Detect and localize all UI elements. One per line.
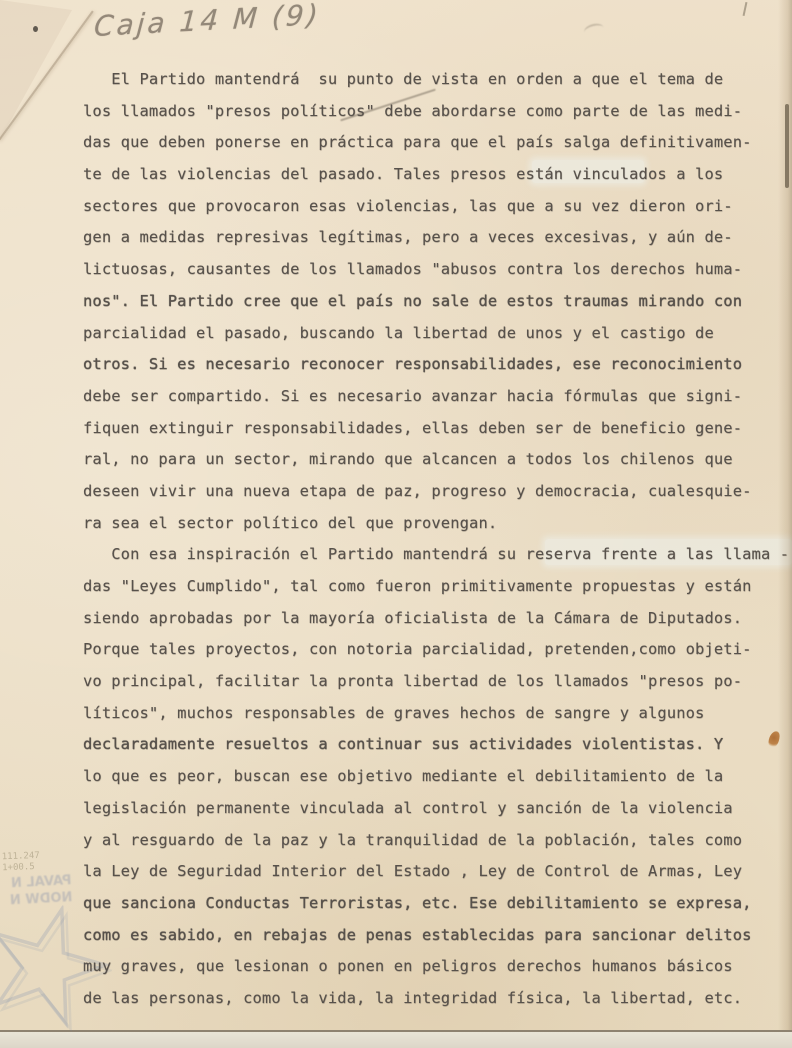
typed-line: legislación permanente vinculada al cont… (0, 793, 792, 825)
typed-line: siendo aprobadas por la mayoría oficiali… (0, 603, 792, 635)
typed-line: te de las violencias del pasado. Tales p… (0, 159, 792, 191)
typed-line: ra sea el sector político del que proven… (0, 508, 792, 540)
typed-line: otros. Si es necesario reconocer respons… (0, 349, 792, 381)
typed-line: Porque tales proyectos, con notoria parc… (0, 634, 792, 666)
typed-line: das que deben ponerse en práctica para q… (0, 127, 792, 159)
typed-line: muy graves, que lesionan o ponen en peli… (0, 951, 792, 983)
typed-line: das "Leyes Cumplido", tal como fueron pr… (0, 571, 792, 603)
typed-line: parcialidad el pasado, buscando la liber… (0, 318, 792, 350)
typed-line: como es sabido, en rebajas de penas esta… (0, 920, 792, 952)
typed-line: y al resguardo de la paz y la tranquilid… (0, 825, 792, 857)
scanner-background (0, 1032, 792, 1048)
typed-text-block: El Partido mantendrá su punto de vista e… (0, 64, 792, 1015)
smudge-mark (583, 22, 605, 38)
typed-line: lo que es peor, buscan ese objetivo medi… (0, 761, 792, 793)
typed-line: sectores que provocaron esas violencias,… (0, 191, 792, 223)
typed-line: Con esa inspiración el Partido mantendrá… (0, 539, 792, 571)
pencil-tick-mark (743, 2, 748, 16)
archival-annotation: Caja 14 M (9) (93, 0, 322, 43)
typed-line: los llamados "presos políticos" debe abo… (0, 96, 792, 128)
typed-line: deseen vivir una nueva etapa de paz, pro… (0, 476, 792, 508)
typed-line: de las personas, como la vida, la integr… (0, 983, 792, 1015)
typed-line: líticos", muchos responsables de graves … (0, 698, 792, 730)
typed-line: debe ser compartido. Si es necesario ava… (0, 381, 792, 413)
scanned-document-page: 111.247 1+00.5 PAVAL N NODW N Caja 14 M … (0, 0, 792, 1048)
typed-line: ral, no para un sector, mirando que alca… (0, 444, 792, 476)
paper-sheet: 111.247 1+00.5 PAVAL N NODW N Caja 14 M … (0, 0, 792, 1032)
ink-speck (33, 26, 38, 32)
typed-line: nos". El Partido cree que el país no sal… (0, 286, 792, 318)
typed-line: declaradamente resueltos a continuar sus… (0, 729, 792, 761)
typed-line: lictuosas, causantes de los llamados "ab… (0, 254, 792, 286)
typed-line: la Ley de Seguridad Interior del Estado … (0, 856, 792, 888)
typed-line: El Partido mantendrá su punto de vista e… (0, 64, 792, 96)
typed-line: fiquen extinguir responsabilidades, ella… (0, 413, 792, 445)
typed-line: vo principal, facilitar la pronta libert… (0, 666, 792, 698)
typed-line: gen a medidas represivas legítimas, pero… (0, 222, 792, 254)
typed-line: que sanciona Conductas Terroristas, etc.… (0, 888, 792, 920)
